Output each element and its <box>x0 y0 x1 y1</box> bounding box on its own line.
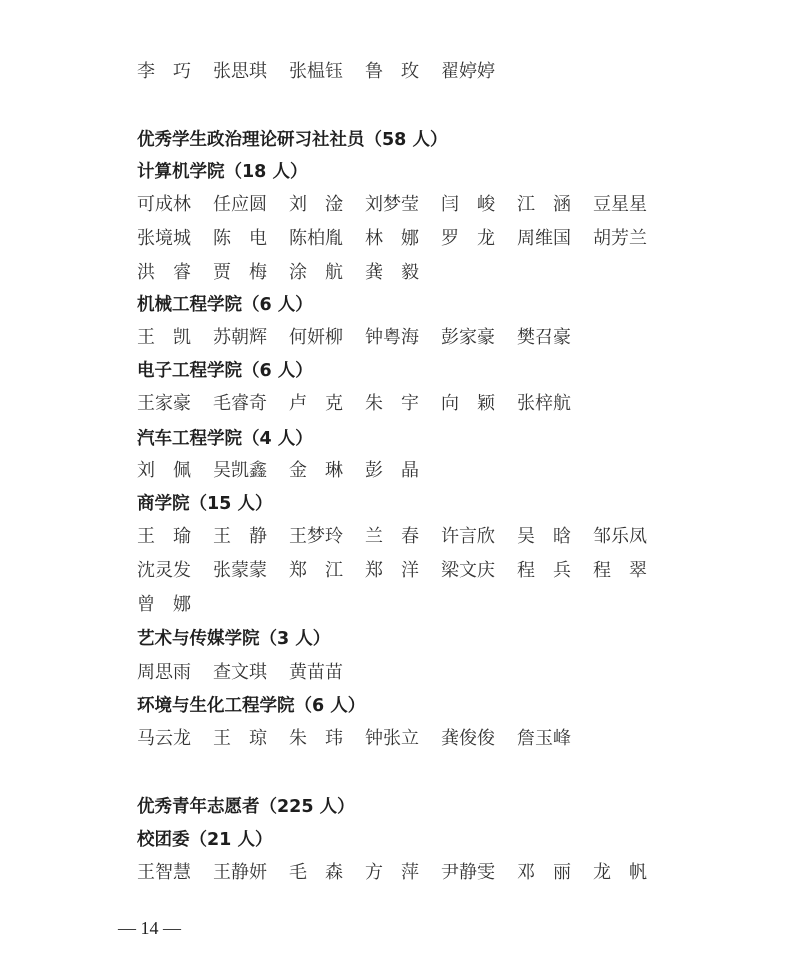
name: 吴凯鑫 <box>213 459 289 483</box>
name: 黄苗苗 <box>289 661 365 685</box>
name: 金 琳 <box>289 459 365 483</box>
name-row: 王 瑜 王 静 王梦玲 兰 春 许言欣 吴 晗 邹乐凤 <box>137 525 669 549</box>
name: 查文琪 <box>213 661 289 685</box>
name: 卢 克 <box>289 392 365 416</box>
name: 王智慧 <box>137 861 213 885</box>
name-row: 沈灵发 张蒙蒙 郑 江 郑 洋 梁文庆 程 兵 程 翠 <box>137 559 669 583</box>
name: 闫 峻 <box>441 193 517 217</box>
name-row: 可成林 任应圆 刘 淦 刘梦莹 闫 峻 江 涵 豆星星 <box>137 193 669 217</box>
name: 张梓航 <box>517 392 593 416</box>
name-row: 洪 睿 贾 梅 涂 航 龚 毅 <box>137 261 441 285</box>
section-title: 优秀青年志愿者（225 人） <box>137 795 355 819</box>
name: 程 翠 <box>593 559 669 583</box>
name: 王梦玲 <box>289 525 365 549</box>
group-heading: 艺术与传媒学院（3 人） <box>137 627 330 651</box>
name: 方 萍 <box>365 861 441 885</box>
name: 翟婷婷 <box>441 60 517 84</box>
group-heading: 商学院（15 人） <box>137 492 272 516</box>
name: 龚俊俊 <box>441 727 517 751</box>
name: 马云龙 <box>137 727 213 751</box>
group-heading: 校团委（21 人） <box>137 828 272 852</box>
name: 陈 电 <box>213 227 289 251</box>
name-row: 张境城 陈 电 陈柏胤 林 娜 罗 龙 周维国 胡芳兰 <box>137 227 669 251</box>
name: 尹静雯 <box>441 861 517 885</box>
name: 程 兵 <box>517 559 593 583</box>
name: 鲁 玫 <box>365 60 441 84</box>
group-heading: 计算机学院（18 人） <box>137 160 307 184</box>
name: 任应圆 <box>213 193 289 217</box>
name: 张境城 <box>137 227 213 251</box>
name: 周维国 <box>517 227 593 251</box>
name: 何妍柳 <box>289 326 365 350</box>
name: 梁文庆 <box>441 559 517 583</box>
name: 沈灵发 <box>137 559 213 583</box>
name: 兰 春 <box>365 525 441 549</box>
name: 吴 晗 <box>517 525 593 549</box>
name: 周思雨 <box>137 661 213 685</box>
name-row: 王智慧 王静妍 毛 森 方 萍 尹静雯 邓 丽 龙 帆 <box>137 861 669 885</box>
page-number: — 14 — <box>118 916 181 940</box>
name: 彭 晶 <box>365 459 441 483</box>
name: 龚 毅 <box>365 261 441 285</box>
name: 胡芳兰 <box>593 227 669 251</box>
name: 曾 娜 <box>137 593 213 617</box>
name: 彭家豪 <box>441 326 517 350</box>
name: 郑 江 <box>289 559 365 583</box>
name-row: 马云龙 王 琼 朱 玮 钟张立 龚俊俊 詹玉峰 <box>137 727 593 751</box>
name: 林 娜 <box>365 227 441 251</box>
name: 可成林 <box>137 193 213 217</box>
name: 王 瑜 <box>137 525 213 549</box>
name: 朱 宇 <box>365 392 441 416</box>
name: 洪 睿 <box>137 261 213 285</box>
name: 樊召豪 <box>517 326 593 350</box>
name: 钟粤海 <box>365 326 441 350</box>
name: 江 涵 <box>517 193 593 217</box>
name: 苏朝辉 <box>213 326 289 350</box>
name: 罗 龙 <box>441 227 517 251</box>
group-heading: 电子工程学院（6 人） <box>137 359 313 383</box>
name: 刘 佩 <box>137 459 213 483</box>
name: 刘梦莹 <box>365 193 441 217</box>
name: 王静妍 <box>213 861 289 885</box>
name: 钟张立 <box>365 727 441 751</box>
name: 毛 森 <box>289 861 365 885</box>
name: 张思琪 <box>213 60 289 84</box>
name: 向 颖 <box>441 392 517 416</box>
name-row: 刘 佩 吴凯鑫 金 琳 彭 晶 <box>137 459 441 483</box>
name: 邹乐凤 <box>593 525 669 549</box>
name-row: 王 凯 苏朝辉 何妍柳 钟粤海 彭家豪 樊召豪 <box>137 326 593 350</box>
document-page: 李 巧 张思琪 张榅钰 鲁 玫 翟婷婷 优秀学生政治理论研习社社员（58 人） … <box>0 0 790 956</box>
name: 朱 玮 <box>289 727 365 751</box>
group-heading: 机械工程学院（6 人） <box>137 293 313 317</box>
name: 陈柏胤 <box>289 227 365 251</box>
name: 詹玉峰 <box>517 727 593 751</box>
name: 王 静 <box>213 525 289 549</box>
name: 张榅钰 <box>289 60 365 84</box>
name: 龙 帆 <box>593 861 669 885</box>
group-heading: 汽车工程学院（4 人） <box>137 427 313 451</box>
name: 郑 洋 <box>365 559 441 583</box>
name-row: 曾 娜 <box>137 593 213 617</box>
name: 贾 梅 <box>213 261 289 285</box>
name: 刘 淦 <box>289 193 365 217</box>
name: 邓 丽 <box>517 861 593 885</box>
name-row: 周思雨 查文琪 黄苗苗 <box>137 661 365 685</box>
name: 豆星星 <box>593 193 669 217</box>
name: 王家豪 <box>137 392 213 416</box>
section-title: 优秀学生政治理论研习社社员（58 人） <box>137 128 447 152</box>
name: 涂 航 <box>289 261 365 285</box>
name: 李 巧 <box>137 60 213 84</box>
name: 许言欣 <box>441 525 517 549</box>
name-row: 王家豪 毛睿奇 卢 克 朱 宇 向 颖 张梓航 <box>137 392 593 416</box>
name: 王 凯 <box>137 326 213 350</box>
name: 毛睿奇 <box>213 392 289 416</box>
name: 张蒙蒙 <box>213 559 289 583</box>
group-heading: 环境与生化工程学院（6 人） <box>137 694 365 718</box>
name: 王 琼 <box>213 727 289 751</box>
name-row: 李 巧 张思琪 张榅钰 鲁 玫 翟婷婷 <box>137 60 517 84</box>
